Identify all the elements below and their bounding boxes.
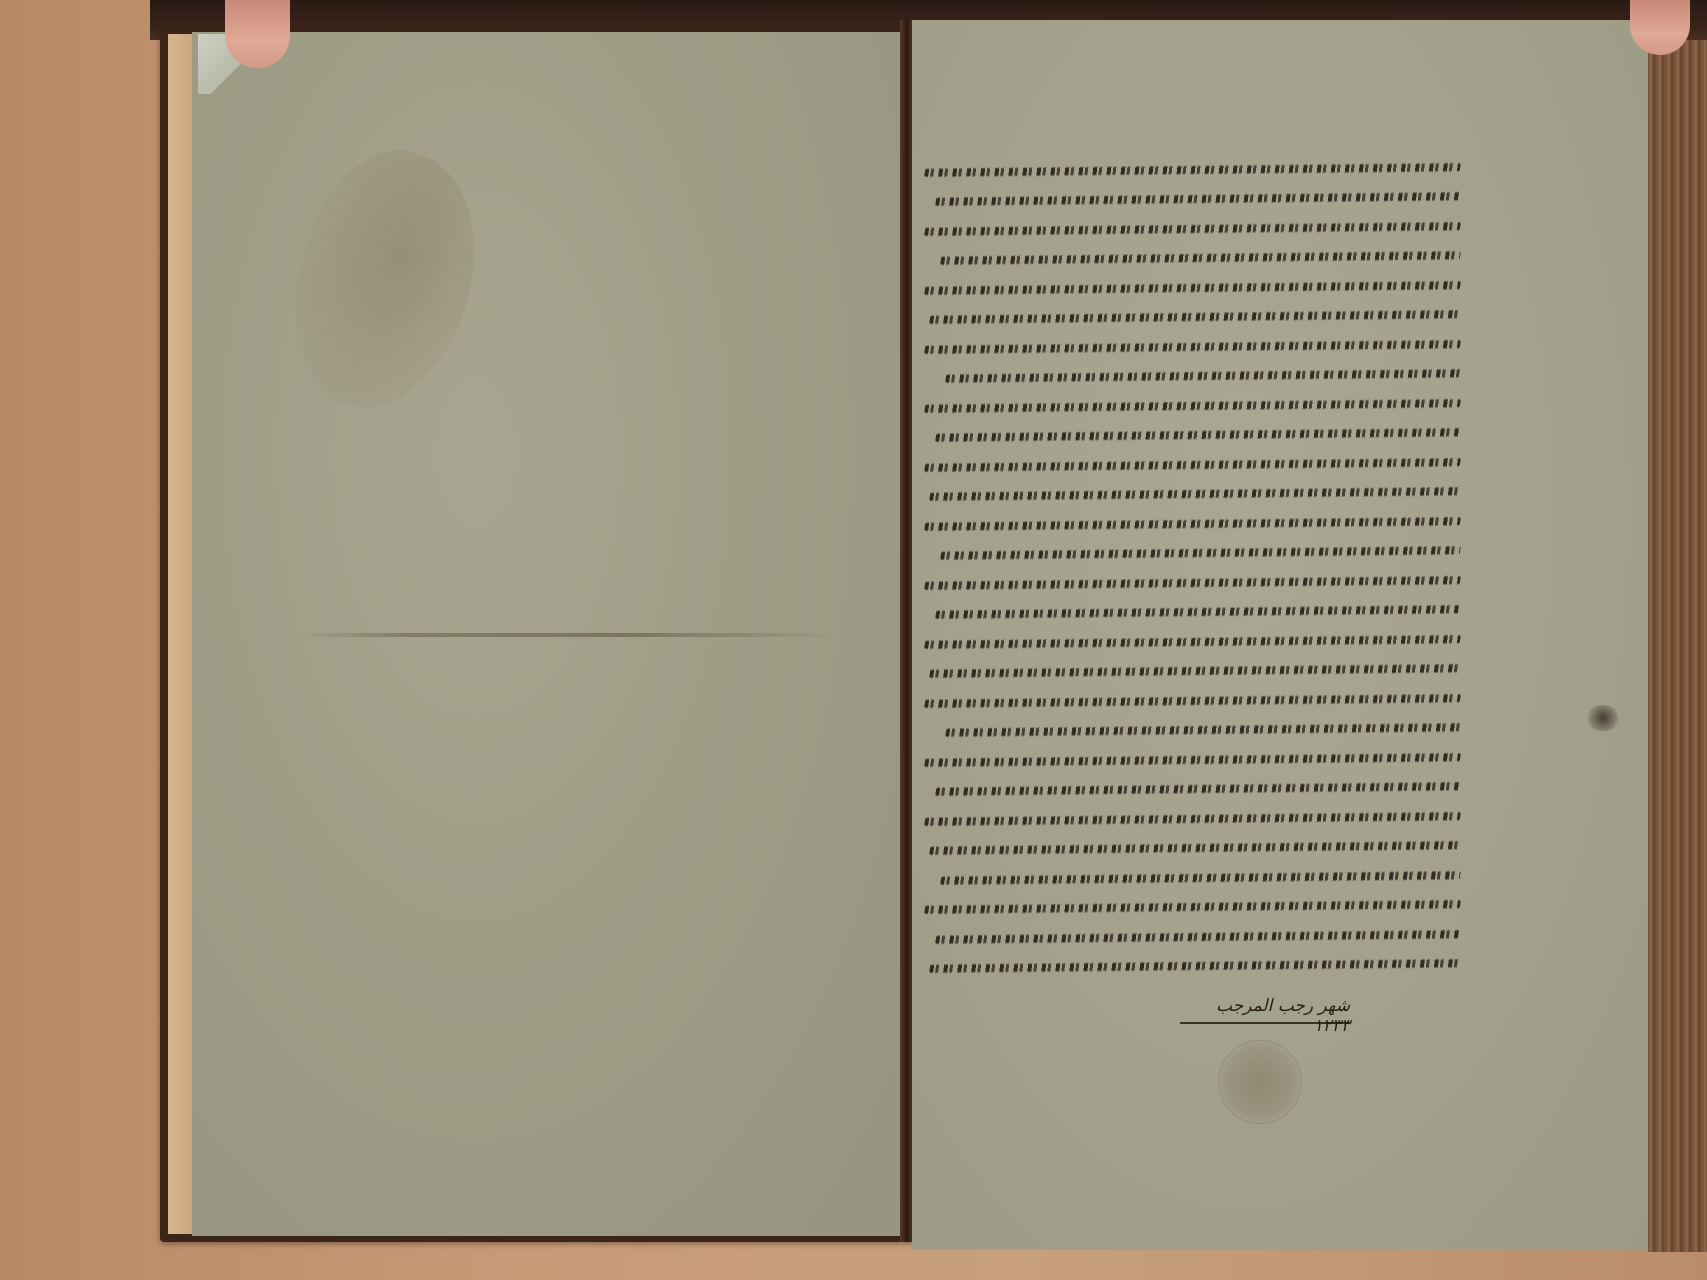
manuscript-text-block: line 1line 2line 3line 4line 5line 6line… xyxy=(925,155,1460,981)
handwriting-stroke xyxy=(924,221,1461,237)
seal-impression xyxy=(1218,1040,1302,1124)
handwriting-stroke xyxy=(929,840,1461,856)
handwriting-stroke xyxy=(935,428,1461,443)
manuscript-line: line 12 xyxy=(925,480,1460,510)
handwriting-stroke xyxy=(935,605,1461,620)
manuscript-line: line 27 xyxy=(925,922,1460,952)
colophon-date: شهر رجب المرجب ١٢٣٣ xyxy=(1180,996,1350,1024)
handwriting-stroke xyxy=(940,546,1461,561)
handwriting-stroke xyxy=(935,192,1461,207)
handwriting-stroke xyxy=(924,634,1461,650)
ink-blot xyxy=(1585,705,1621,731)
manuscript-line: line 21 xyxy=(925,745,1460,775)
manuscript-line: line 1 xyxy=(925,155,1460,185)
handwriting-stroke xyxy=(924,752,1461,768)
handwriting-stroke xyxy=(924,811,1461,827)
handwriting-stroke xyxy=(924,280,1461,296)
manuscript-line: line 16 xyxy=(925,598,1460,628)
manuscript-line: line 23 xyxy=(925,804,1460,834)
manuscript-line: line 11 xyxy=(925,450,1460,480)
handwriting-stroke xyxy=(935,782,1461,797)
manuscript-line: line 19 xyxy=(925,686,1460,716)
handwriting-stroke xyxy=(924,398,1461,414)
manuscript-line: line 28 xyxy=(925,952,1460,982)
page-crease xyxy=(300,633,840,637)
manuscript-line: line 2 xyxy=(925,185,1460,215)
manuscript-line: line 3 xyxy=(925,214,1460,244)
handwriting-stroke xyxy=(929,486,1461,502)
manuscript-line: line 14 xyxy=(925,539,1460,569)
handwriting-stroke xyxy=(935,929,1461,944)
thumb-left xyxy=(225,0,290,68)
manuscript-line: line 24 xyxy=(925,834,1460,864)
handwriting-stroke xyxy=(945,369,1461,384)
handwriting-stroke xyxy=(924,693,1461,709)
manuscript-line: line 5 xyxy=(925,273,1460,303)
handwriting-stroke xyxy=(924,899,1461,915)
manuscript-line: line 15 xyxy=(925,568,1460,598)
handwriting-stroke xyxy=(929,309,1461,325)
handwriting-stroke xyxy=(929,958,1461,974)
manuscript-line: line 17 xyxy=(925,627,1460,657)
handwriting-stroke xyxy=(940,870,1461,885)
handwriting-stroke xyxy=(924,162,1461,178)
manuscript-line: line 18 xyxy=(925,657,1460,687)
page-fore-edge xyxy=(1648,40,1707,1252)
manuscript-line: line 10 xyxy=(925,421,1460,451)
manuscript-line: line 6 xyxy=(925,303,1460,333)
manuscript-line: line 4 xyxy=(925,244,1460,274)
manuscript-line: line 8 xyxy=(925,362,1460,392)
handwriting-stroke xyxy=(924,516,1461,532)
manuscript-line: line 25 xyxy=(925,863,1460,893)
handwriting-stroke xyxy=(940,251,1461,266)
manuscript-line: line 7 xyxy=(925,332,1460,362)
manuscript-line: line 20 xyxy=(925,716,1460,746)
handwriting-stroke xyxy=(929,663,1461,679)
manuscript-line: line 13 xyxy=(925,509,1460,539)
handwriting-stroke xyxy=(924,457,1461,473)
manuscript-line: line 26 xyxy=(925,893,1460,923)
manuscript-line: line 9 xyxy=(925,391,1460,421)
handwriting-stroke xyxy=(945,723,1461,738)
handwriting-stroke xyxy=(924,339,1461,355)
handwriting-stroke xyxy=(924,575,1461,591)
manuscript-line: line 22 xyxy=(925,775,1460,805)
